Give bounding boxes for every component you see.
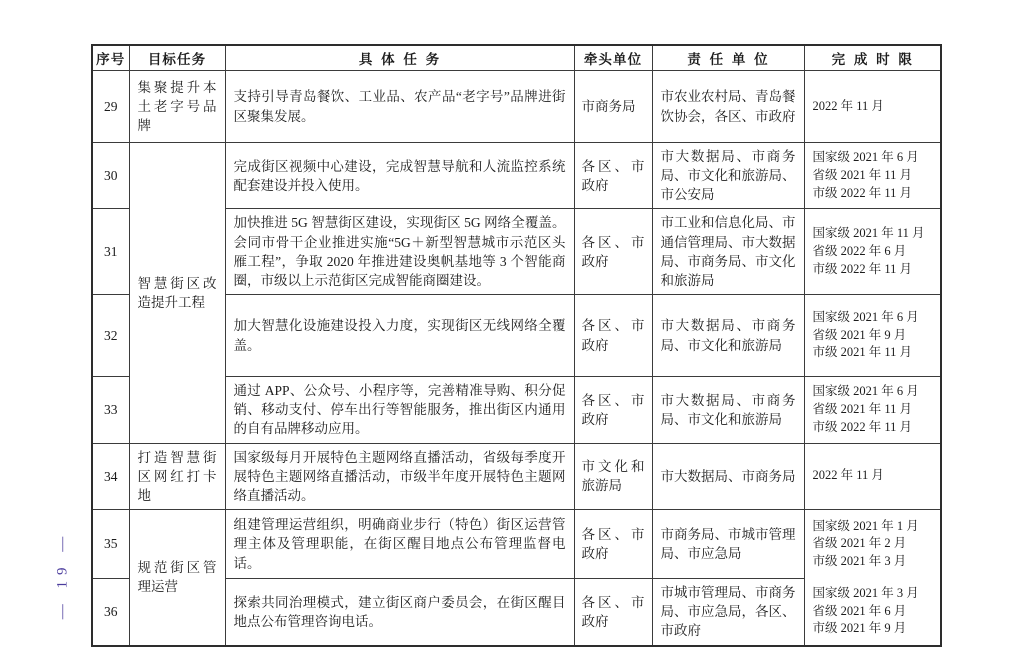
serial-number-cell: 34 (92, 443, 129, 509)
specific-task-cell: 国家级每月开展特色主题网络直播活动，省级每季度开展特色主题网络直播活动，市级半年… (225, 443, 574, 509)
responsible-unit-cell: 市农业农村局、青岛餐饮协会，各区、市政府 (652, 71, 804, 143)
deadline-cell: 国家级 2021 年 3 月省级 2021 年 6 月市级 2021 年 9 月 (804, 579, 941, 646)
serial-number-cell: 29 (92, 71, 129, 143)
deadline-line: 市级 2021 年 11 月 (813, 344, 937, 362)
lead-unit-cell: 各区、市政府 (574, 295, 652, 377)
page-number: — 19 — (55, 531, 72, 620)
specific-task-cell: 组建管理运营组织，明确商业步行（特色）街区运营管理主体及管理职能，在街区醒目地点… (225, 510, 574, 579)
serial-number-cell: 32 (92, 295, 129, 377)
target-task-cell: 集聚提升本土老字号品牌 (129, 71, 225, 143)
table-row: 29集聚提升本土老字号品牌支持引导青岛餐饮、工业品、农产品“老字号”品牌进街区聚… (92, 71, 941, 143)
specific-task-cell: 完成街区视频中心建设，完成智慧导航和人流监控系统配套建设并投入使用。 (225, 143, 574, 209)
specific-task-cell: 加快推进 5G 智慧街区建设，实现街区 5G 网络全覆盖。会同市骨干企业推进实施… (225, 209, 574, 295)
header-specific-task: 具体任务 (225, 45, 574, 71)
deadline-cell: 国家级 2021 年 6 月省级 2021 年 9 月市级 2021 年 11 … (804, 295, 941, 377)
deadline-line: 省级 2021 年 9 月 (813, 327, 937, 345)
responsible-unit-cell: 市城市管理局、市商务局、市应急局，各区、市政府 (652, 579, 804, 646)
target-task-cell: 智慧街区改造提升工程 (129, 143, 225, 444)
table-header: 序号 目标任务 具体任务 牵头单位 责任单位 完成时限 (92, 45, 941, 71)
deadline-line: 国家级 2021 年 11 月 (813, 225, 937, 243)
task-table: 序号 目标任务 具体任务 牵头单位 责任单位 完成时限 29集聚提升本土老字号品… (91, 44, 942, 647)
responsible-unit-cell: 市大数据局、市商务局 (652, 443, 804, 509)
responsible-unit-cell: 市大数据局、市商务局、市文化和旅游局 (652, 295, 804, 377)
deadline-line: 市级 2021 年 9 月 (813, 620, 937, 638)
lead-unit-cell: 各区、市政府 (574, 579, 652, 646)
specific-task-cell: 加大智慧化设施建设投入力度，实现街区无线网络全覆盖。 (225, 295, 574, 377)
responsible-unit-cell: 市商务局、市城市管理局、市应急局 (652, 510, 804, 579)
responsible-unit-cell: 市大数据局、市商务局、市文化和旅游局 (652, 377, 804, 443)
deadline-line: 国家级 2021 年 3 月 (813, 585, 937, 603)
deadline-line: 国家级 2021 年 6 月 (813, 309, 937, 327)
header-target-task: 目标任务 (129, 45, 225, 71)
document-page: — 19 — 序号 目标任务 具体任务 牵头单位 责任单位 完成时限 29集聚提… (0, 0, 1014, 671)
serial-number-cell: 31 (92, 209, 129, 295)
deadline-line: 省级 2021 年 2 月 (813, 535, 937, 553)
deadline-line: 2022 年 11 月 (813, 467, 937, 485)
deadline-line: 市级 2022 年 11 月 (813, 419, 937, 437)
deadline-line: 2022 年 11 月 (813, 98, 937, 116)
header-responsible-unit: 责任单位 (652, 45, 804, 71)
table-row: 34打造智慧街区网红打卡地国家级每月开展特色主题网络直播活动，省级每季度开展特色… (92, 443, 941, 509)
deadline-line: 国家级 2021 年 6 月 (813, 149, 937, 167)
deadline-cell: 国家级 2021 年 1 月省级 2021 年 2 月市级 2021 年 3 月 (804, 510, 941, 579)
lead-unit-cell: 市文化和旅游局 (574, 443, 652, 509)
header-serial-number: 序号 (92, 45, 129, 71)
serial-number-cell: 36 (92, 579, 129, 646)
task-table-body: 29集聚提升本土老字号品牌支持引导青岛餐饮、工业品、农产品“老字号”品牌进街区聚… (92, 71, 941, 646)
deadline-cell: 国家级 2021 年 6 月省级 2021 年 11 月市级 2022 年 11… (804, 143, 941, 209)
specific-task-cell: 通过 APP、公众号、小程序等，完善精准导购、积分促销、移动支付、停车出行等智能… (225, 377, 574, 443)
deadline-line: 市级 2021 年 3 月 (813, 553, 937, 571)
deadline-cell: 2022 年 11 月 (804, 443, 941, 509)
target-task-cell: 规范街区管理运营 (129, 510, 225, 646)
target-task-cell: 打造智慧街区网红打卡地 (129, 443, 225, 509)
lead-unit-cell: 市商务局 (574, 71, 652, 143)
lead-unit-cell: 各区、市政府 (574, 209, 652, 295)
serial-number-cell: 33 (92, 377, 129, 443)
deadline-line: 省级 2021 年 11 月 (813, 167, 937, 185)
table-row: 30智慧街区改造提升工程完成街区视频中心建设，完成智慧导航和人流监控系统配套建设… (92, 143, 941, 209)
responsible-unit-cell: 市工业和信息化局、市通信管理局、市大数据局、市商务局、市文化和旅游局 (652, 209, 804, 295)
table-header-row: 序号 目标任务 具体任务 牵头单位 责任单位 完成时限 (92, 45, 941, 71)
deadline-cell: 国家级 2021 年 11 月省级 2022 年 6 月市级 2022 年 11… (804, 209, 941, 295)
lead-unit-cell: 各区、市政府 (574, 510, 652, 579)
header-lead-unit: 牵头单位 (574, 45, 652, 71)
deadline-line: 省级 2022 年 6 月 (813, 243, 937, 261)
table-row: 35规范街区管理运营组建管理运营组织，明确商业步行（特色）街区运营管理主体及管理… (92, 510, 941, 579)
serial-number-cell: 35 (92, 510, 129, 579)
responsible-unit-cell: 市大数据局、市商务局、市文化和旅游局、市公安局 (652, 143, 804, 209)
specific-task-cell: 探索共同治理模式，建立街区商户委员会，在街区醒目地点公布管理咨询电话。 (225, 579, 574, 646)
serial-number-cell: 30 (92, 143, 129, 209)
deadline-line: 市级 2022 年 11 月 (813, 261, 937, 279)
deadline-line: 省级 2021 年 6 月 (813, 603, 937, 621)
lead-unit-cell: 各区、市政府 (574, 143, 652, 209)
deadline-line: 国家级 2021 年 1 月 (813, 518, 937, 536)
deadline-line: 国家级 2021 年 6 月 (813, 383, 937, 401)
deadline-cell: 2022 年 11 月 (804, 71, 941, 143)
deadline-line: 市级 2022 年 11 月 (813, 185, 937, 203)
deadline-cell: 国家级 2021 年 6 月省级 2021 年 11 月市级 2022 年 11… (804, 377, 941, 443)
deadline-line: 省级 2021 年 11 月 (813, 401, 937, 419)
specific-task-cell: 支持引导青岛餐饮、工业品、农产品“老字号”品牌进街区聚集发展。 (225, 71, 574, 143)
lead-unit-cell: 各区、市政府 (574, 377, 652, 443)
header-deadline: 完成时限 (804, 45, 941, 71)
